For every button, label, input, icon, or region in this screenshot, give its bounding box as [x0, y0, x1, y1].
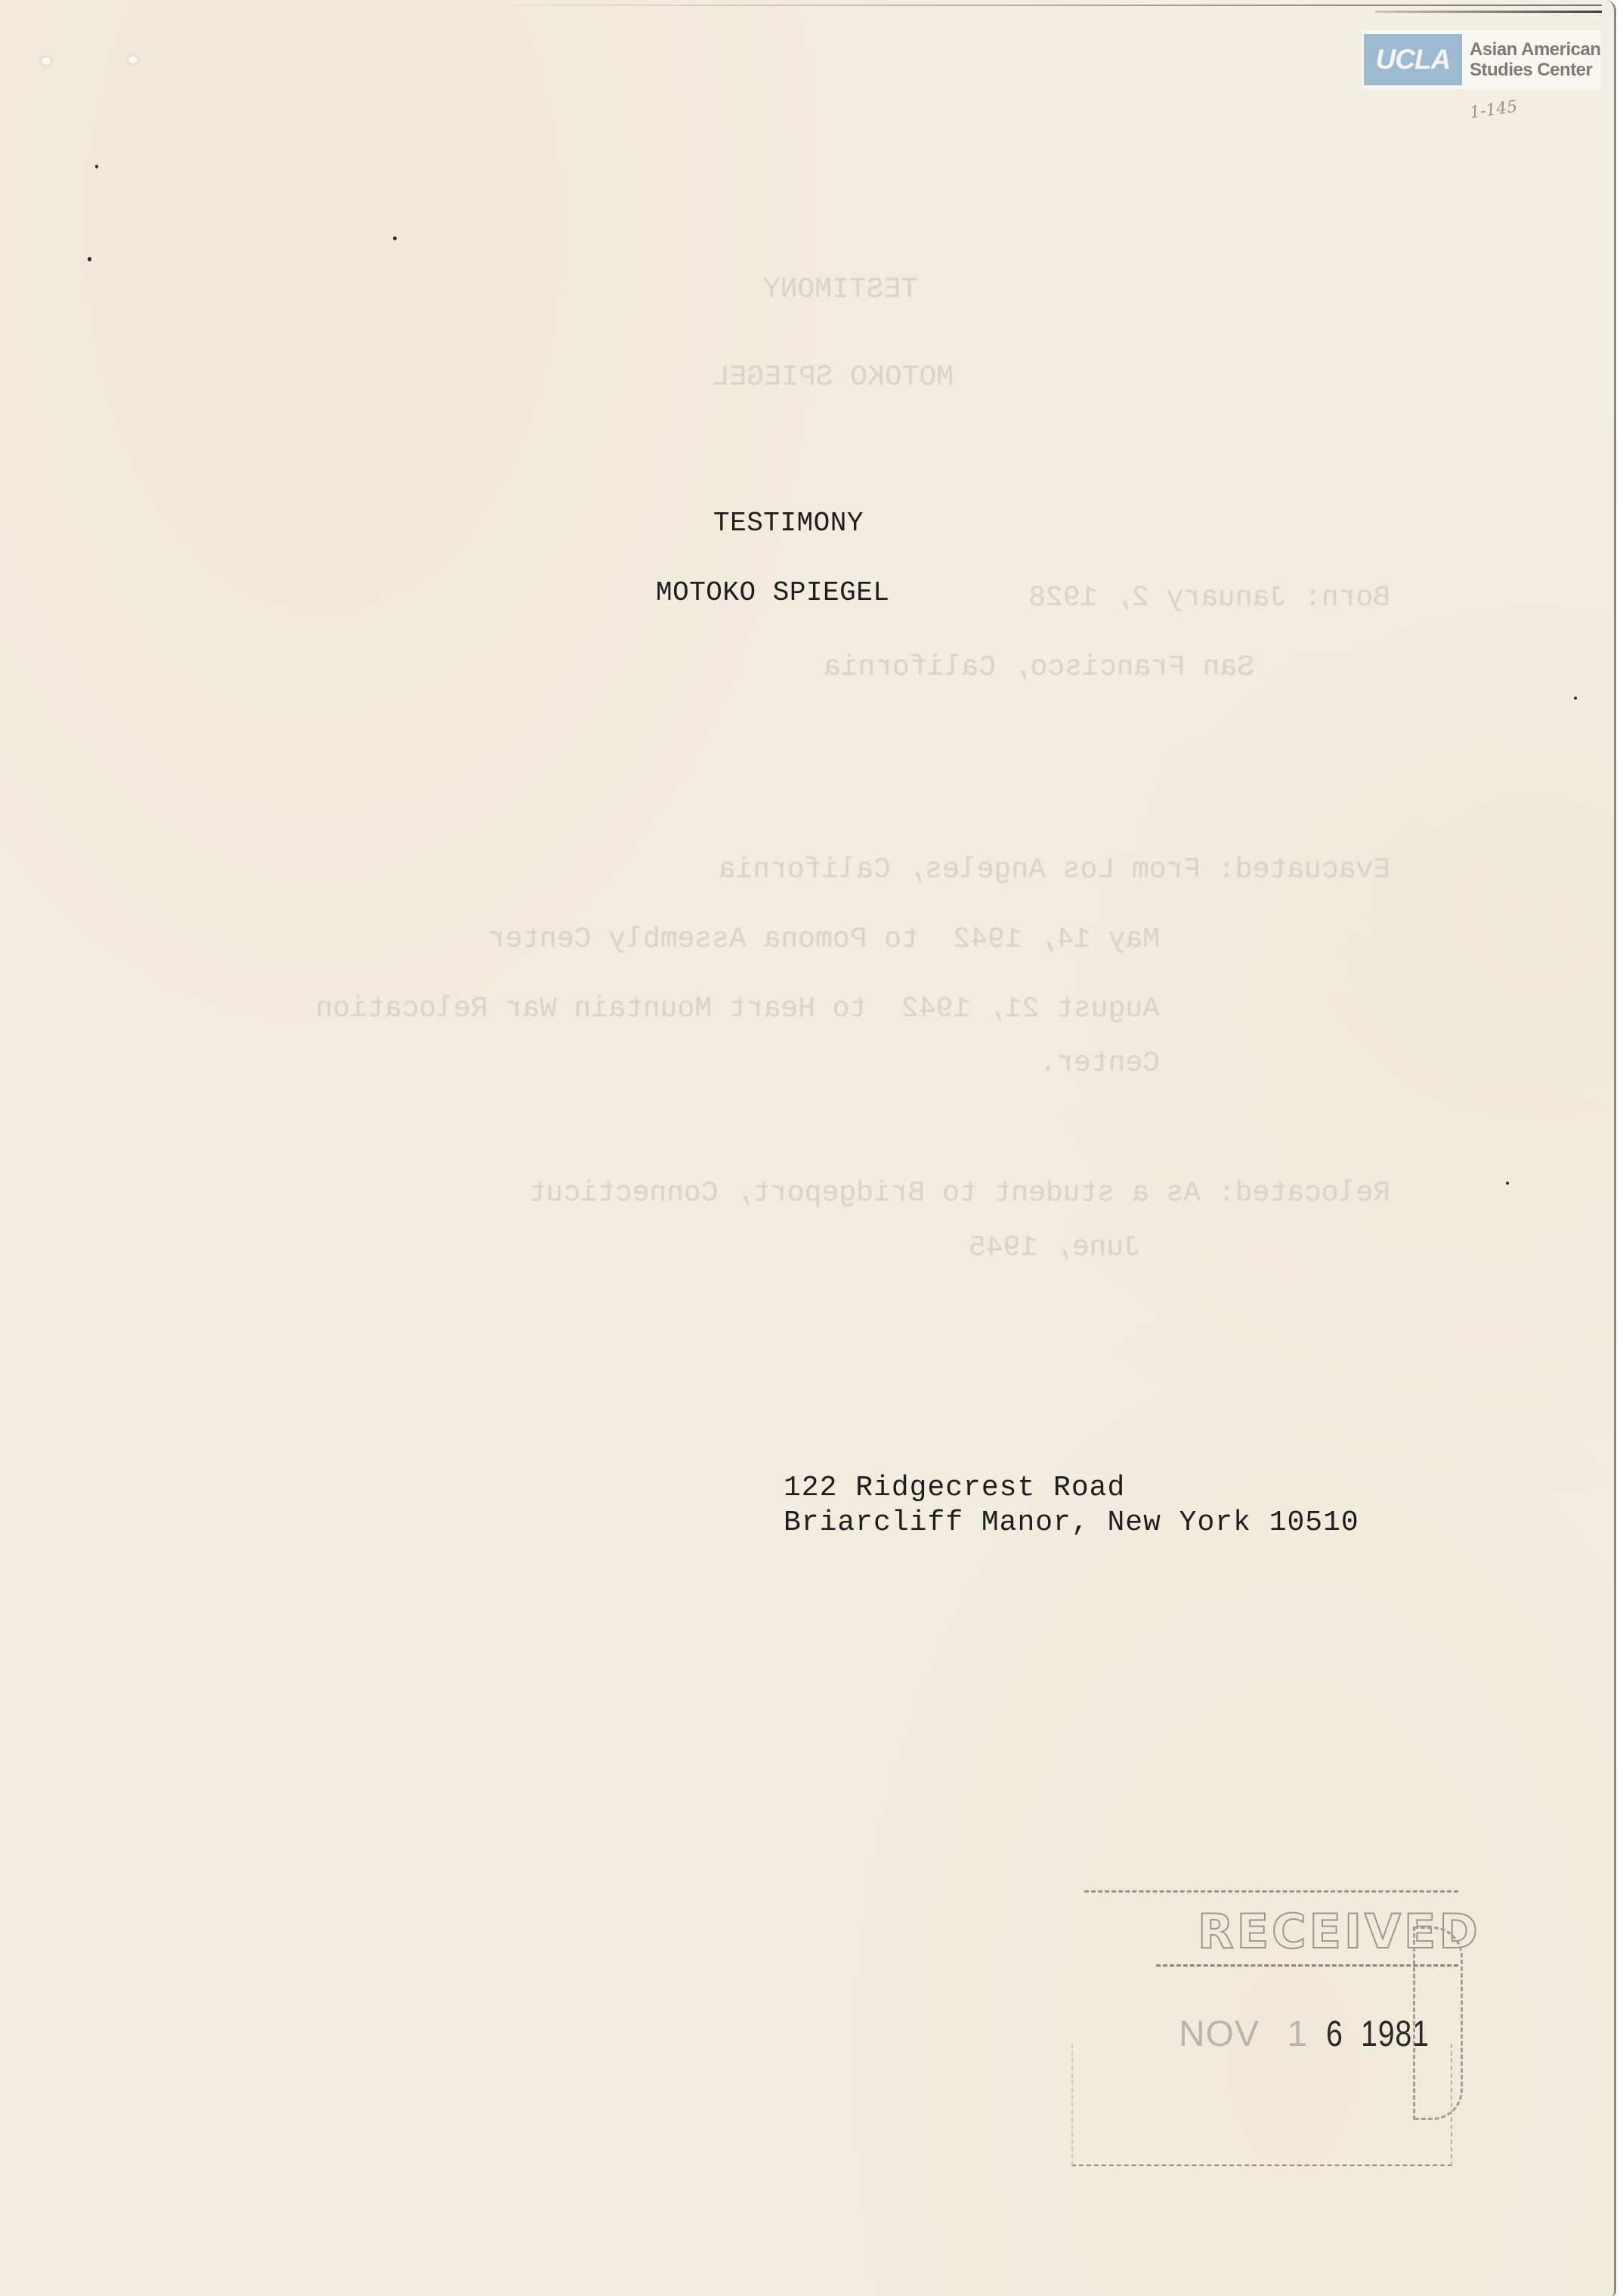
- logo-line-1: Asian American: [1470, 39, 1601, 60]
- page-top-edge-mark: [468, 5, 1602, 6]
- show-through-evac-2-cont: Center.: [1039, 1047, 1160, 1080]
- show-through-evac-1: May 14, 1942 to Pomona Assembly Center: [488, 923, 1160, 956]
- logo-text: Asian American Studies Center: [1470, 39, 1601, 80]
- handwritten-note: 1-145: [1469, 97, 1519, 123]
- stamp-day-first-digit: 1: [1287, 2014, 1308, 2054]
- scan-speck: [88, 257, 91, 261]
- page-top-edge-mark-dark: [1375, 11, 1602, 13]
- scan-speck: [1574, 697, 1577, 700]
- show-through-evacuated: Evacuated: From Los Angeles, California: [719, 854, 1390, 886]
- show-through-birthplace: San Francisco, California: [824, 651, 1254, 684]
- show-through-name: MOTOKO SPIEGEL: [713, 361, 954, 394]
- stamp-border: [1071, 2044, 1452, 2166]
- document-author-name: MOTOKO SPIEGEL: [656, 577, 889, 608]
- staple-hole: [42, 57, 51, 65]
- stamp-day-second-digit: 6: [1326, 2013, 1343, 2055]
- address-line-1: 122 Ridgecrest Road: [784, 1472, 1125, 1504]
- ucla-mark: UCLA: [1364, 34, 1462, 85]
- address-line-2: Briarcliff Manor, New York 10510: [784, 1506, 1359, 1539]
- ucla-asian-american-studies-logo: UCLA Asian American Studies Center: [1362, 30, 1601, 89]
- stamp-year: 1981: [1361, 2013, 1430, 2055]
- stamp-date: NOV 1 6 1981: [1179, 2013, 1445, 2055]
- scan-speck: [95, 165, 98, 168]
- show-through-born: Born: January 2, 1928: [1028, 582, 1390, 614]
- staple-hole: [128, 56, 138, 63]
- stamp-month: NOV: [1179, 2014, 1260, 2054]
- scan-speck: [1506, 1182, 1509, 1185]
- show-through-evac-2: August 21, 1942 to Heart Mountain War Re…: [316, 993, 1160, 1025]
- stamp-border-top: [1084, 1890, 1458, 1894]
- show-through-relocated: Relocated: As a student to Bridgeport, C…: [529, 1177, 1390, 1210]
- show-through-relocated-date: June, 1945: [969, 1231, 1141, 1264]
- document-title: TESTIMONY: [713, 508, 864, 539]
- logo-line-2: Studies Center: [1470, 60, 1601, 80]
- scan-speck: [393, 236, 397, 240]
- show-through-title: TESTIMONY: [763, 273, 918, 306]
- document-page: UCLA Asian American Studies Center 1-145…: [0, 0, 1616, 2296]
